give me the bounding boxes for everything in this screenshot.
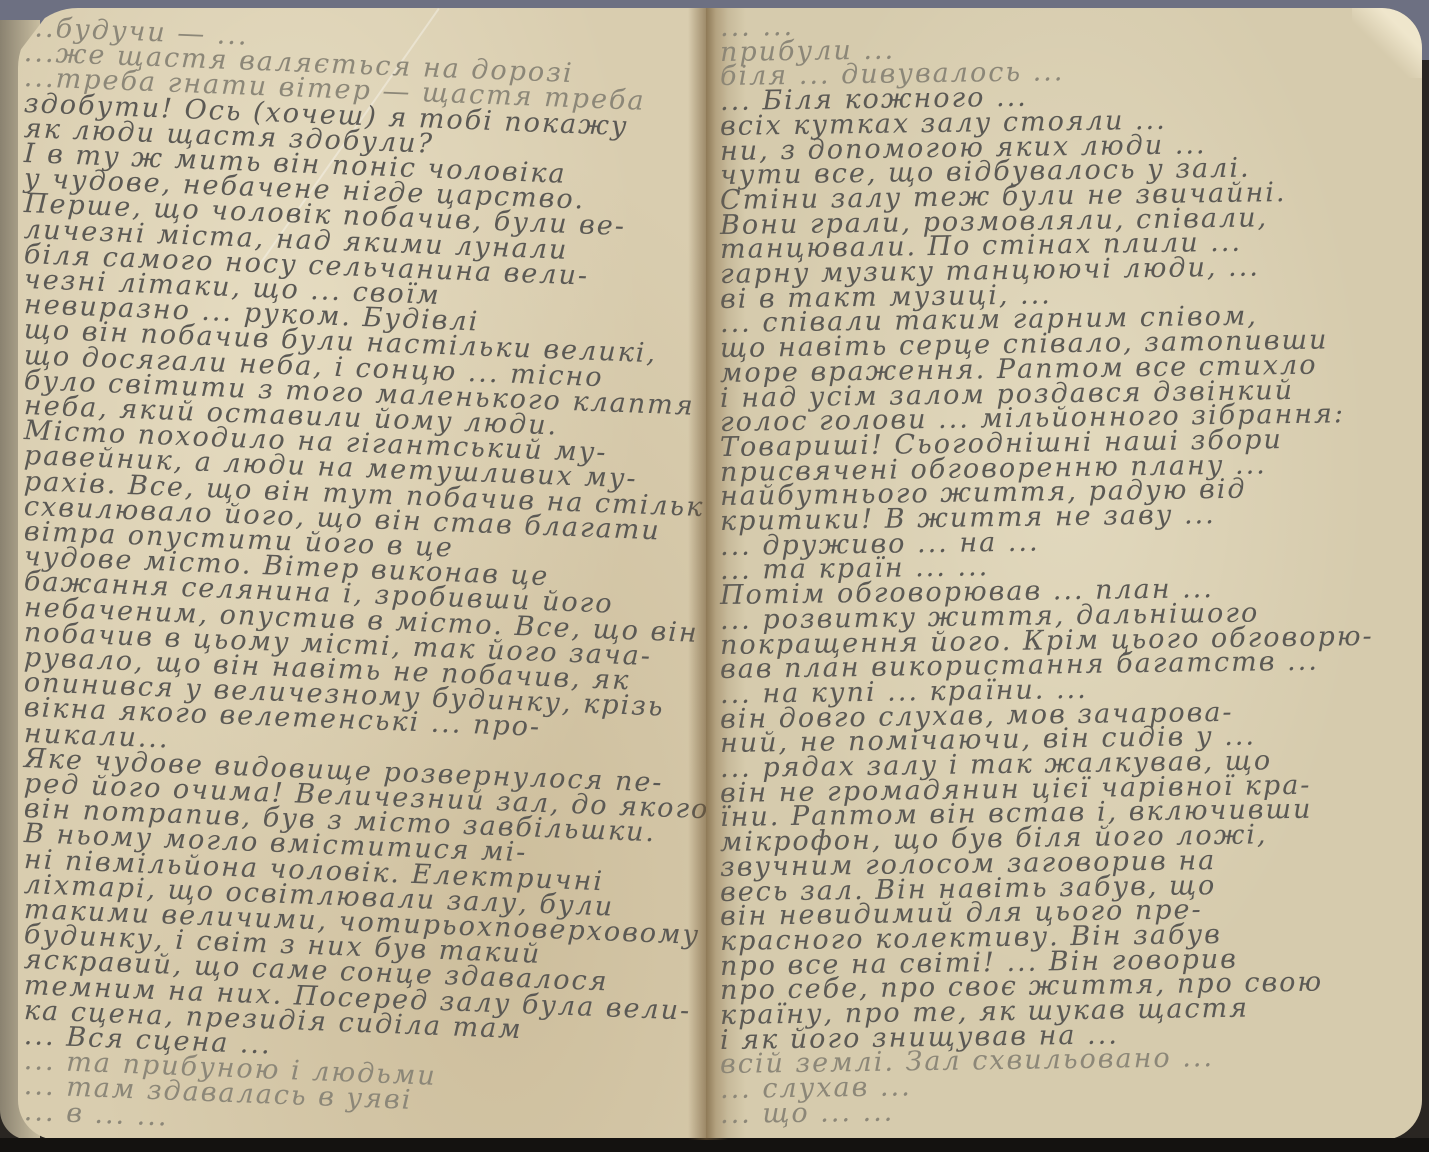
scan-background-bottom [0,1138,1429,1152]
right-page: ... ...прибули ...біля ... дивувалось ..… [706,8,1422,1140]
right-page-text: ... ...прибули ...біля ... дивувалось ..… [706,8,1422,1140]
handwritten-line: ... в ... ... [23,1096,169,1133]
handwritten-line: ... що ... ... [720,1096,895,1129]
left-page-text: ...будучи — ......же щастя валяється на … [18,8,706,1140]
notebook-gutter [688,8,728,1140]
left-page: ...будучи — ......же щастя валяється на … [18,8,706,1140]
